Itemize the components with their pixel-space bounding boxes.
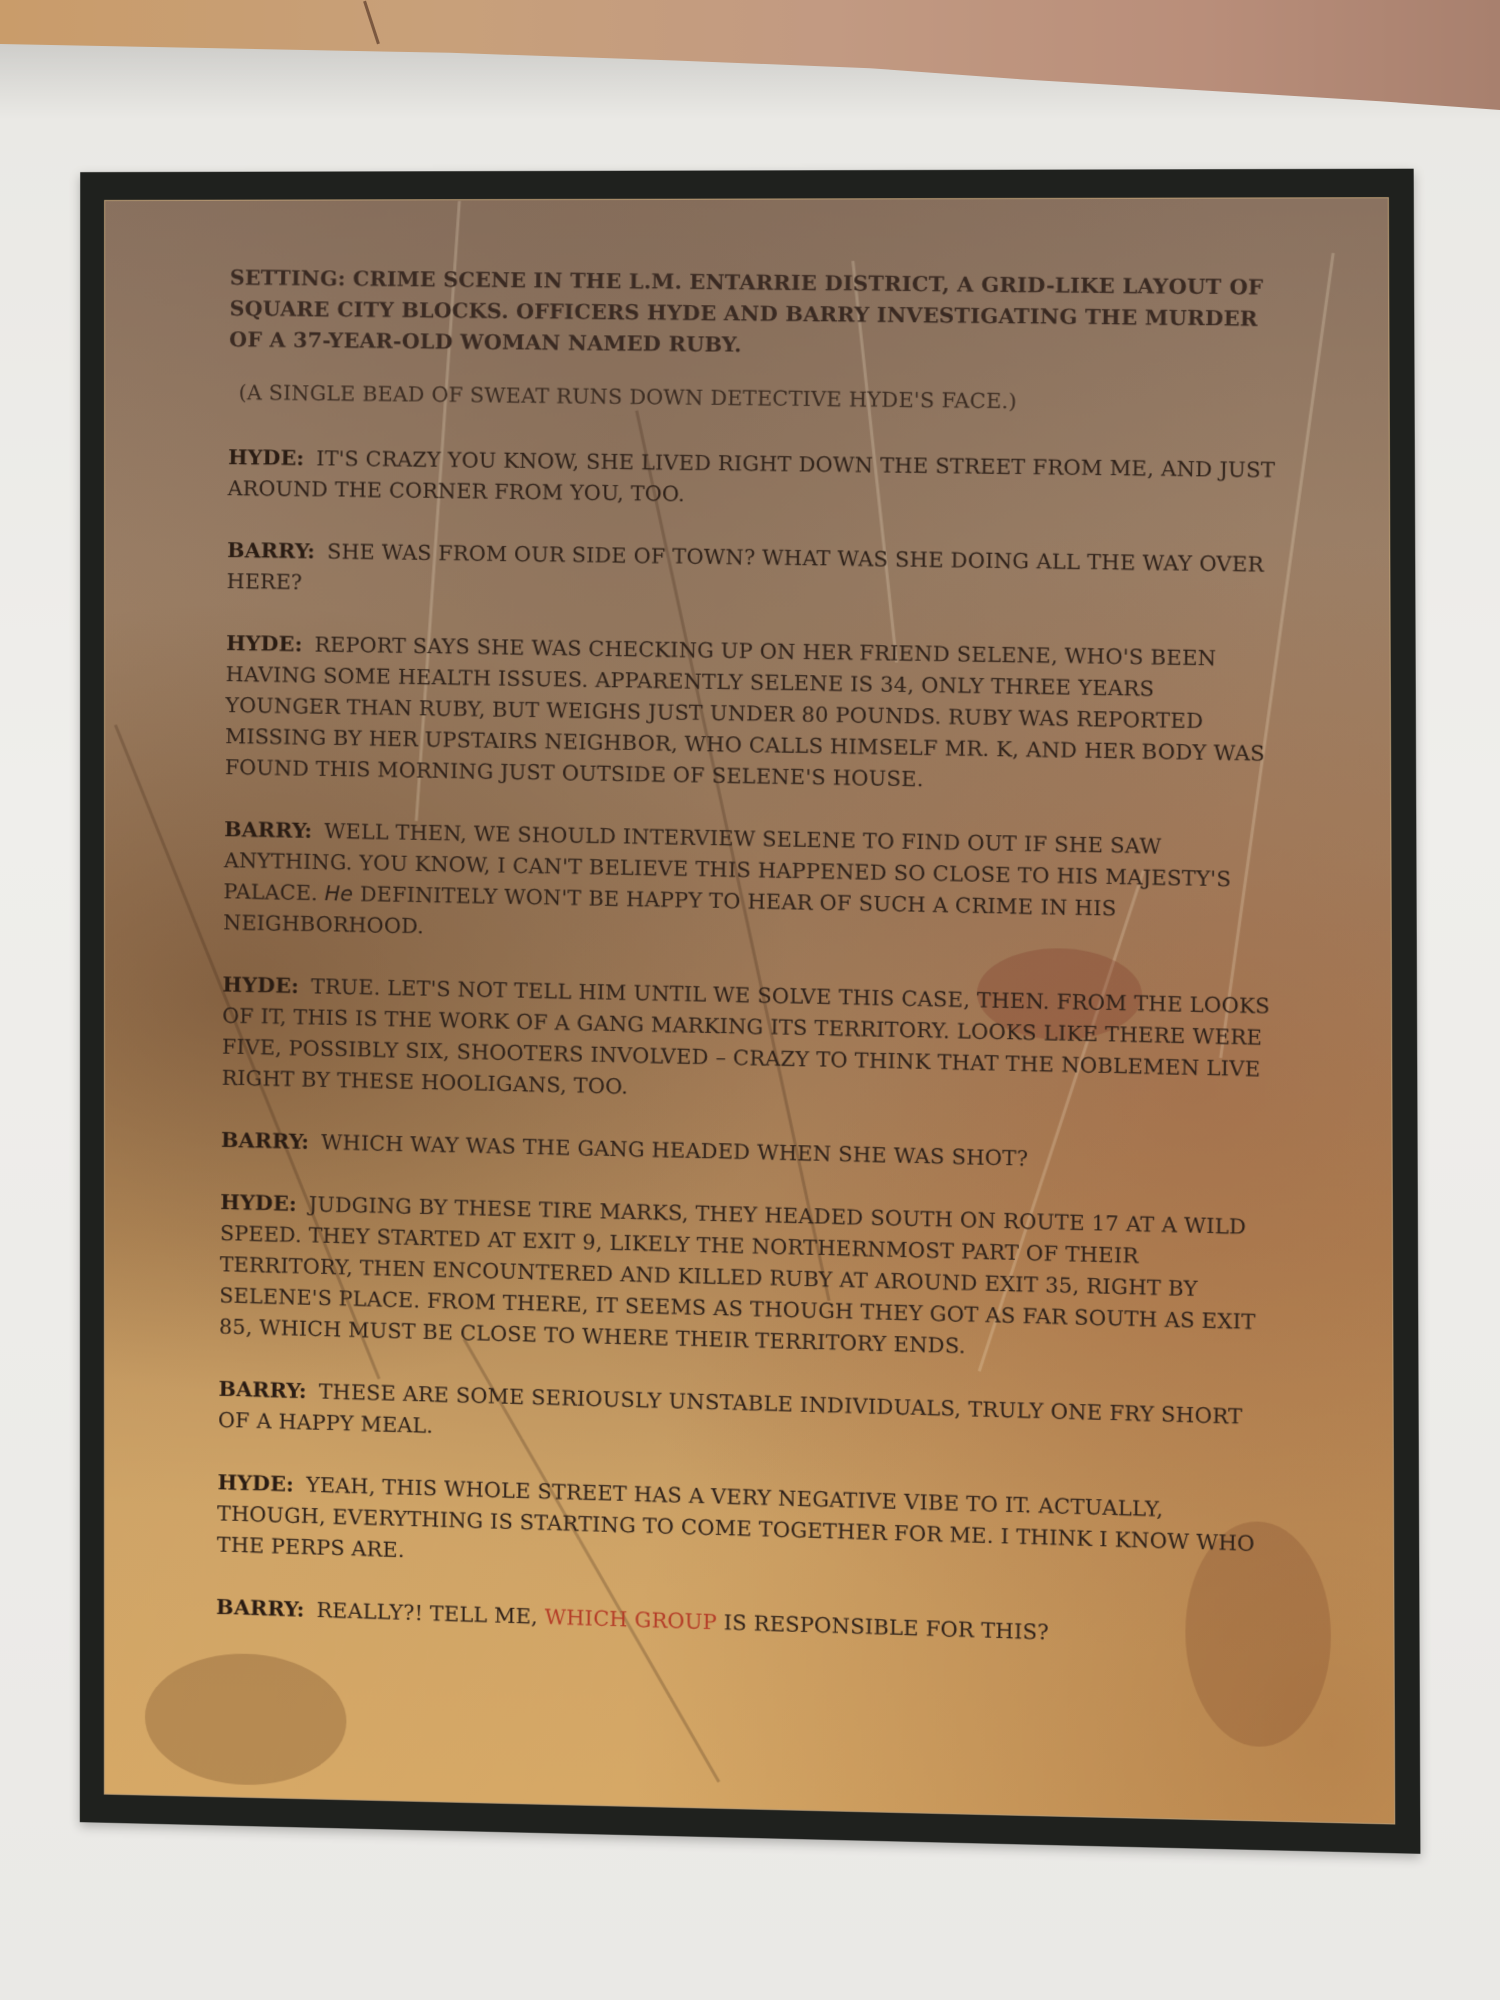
dialogue-line: Hyde:Judging by these tire marks, they h…	[219, 1187, 1272, 1370]
dialogue-line: Barry:Well then, we should interview Sel…	[223, 814, 1275, 959]
speaker-label: Hyde:	[223, 972, 300, 998]
dialogue-line: Barry:Really?! Tell me, which group is r…	[216, 1592, 1269, 1656]
dialogue-text: Judging by these tire marks, they headed…	[219, 1192, 1256, 1358]
setting-paragraph: Setting: Crime scene in the L.M. Entarri…	[229, 263, 1279, 367]
speaker-label: Barry:	[227, 538, 315, 563]
highlighted-clue: which group	[545, 1605, 717, 1635]
aged-paper: Setting: Crime scene in the L.M. Entarri…	[104, 197, 1395, 1824]
dialogue-text: It's crazy you know, she lived right dow…	[228, 446, 1276, 506]
speaker-label: Barry:	[221, 1128, 309, 1154]
script-text: Setting: Crime scene in the L.M. Entarri…	[216, 263, 1279, 1688]
speaker-label: Hyde:	[226, 631, 303, 656]
dialogue-text: Yeah, this whole street has a very negat…	[217, 1473, 1255, 1563]
dialogue-text: Report says she was checking up on her f…	[225, 632, 1265, 791]
speaker-label: Hyde:	[228, 445, 304, 470]
speaker-label: Barry:	[224, 817, 312, 843]
dialogue-line: Hyde:Yeah, this whole street has a very …	[217, 1467, 1271, 1592]
dialogue-text: True. Let's not tell him until we solve …	[222, 974, 1271, 1099]
dialogue-text: These are some seriously unstable indivi…	[218, 1379, 1242, 1438]
dialogue-text: Really?! Tell me,	[316, 1598, 544, 1629]
dialogue-text: is responsible for this?	[717, 1610, 1049, 1645]
dialogue-line: Hyde:True. Let's not tell him until we s…	[222, 969, 1274, 1117]
dialogue-line: Hyde:Report says she was checking up on …	[225, 628, 1277, 801]
dialogue-text: definitely won't be happy to hear of suc…	[223, 882, 1116, 939]
speaker-label: Barry:	[216, 1595, 304, 1622]
parchment-crack	[363, 1, 380, 45]
speaker-label: Hyde:	[217, 1470, 294, 1496]
dialogue-line: Barry:She was from our side of town? Wha…	[227, 535, 1278, 612]
dialogue-line: Barry:These are some seriously unstable …	[218, 1374, 1271, 1466]
emphasized-word: He	[324, 881, 353, 906]
dialogue-text: She was from our side of town? What was …	[227, 539, 1264, 594]
stage-direction: (A single bead of sweat runs down Detect…	[239, 377, 1279, 420]
dialogue-line: Hyde:It's crazy you know, she lived righ…	[228, 442, 1278, 518]
speaker-label: Hyde:	[220, 1190, 297, 1216]
speaker-label: Barry:	[218, 1377, 306, 1404]
dialogue-text: Which way was the gang headed when she w…	[321, 1130, 1028, 1171]
dialogue-line: Barry:Which way was the gang headed when…	[221, 1125, 1273, 1181]
stain	[145, 1652, 346, 1787]
poster-frame: Setting: Crime scene in the L.M. Entarri…	[80, 169, 1421, 1854]
